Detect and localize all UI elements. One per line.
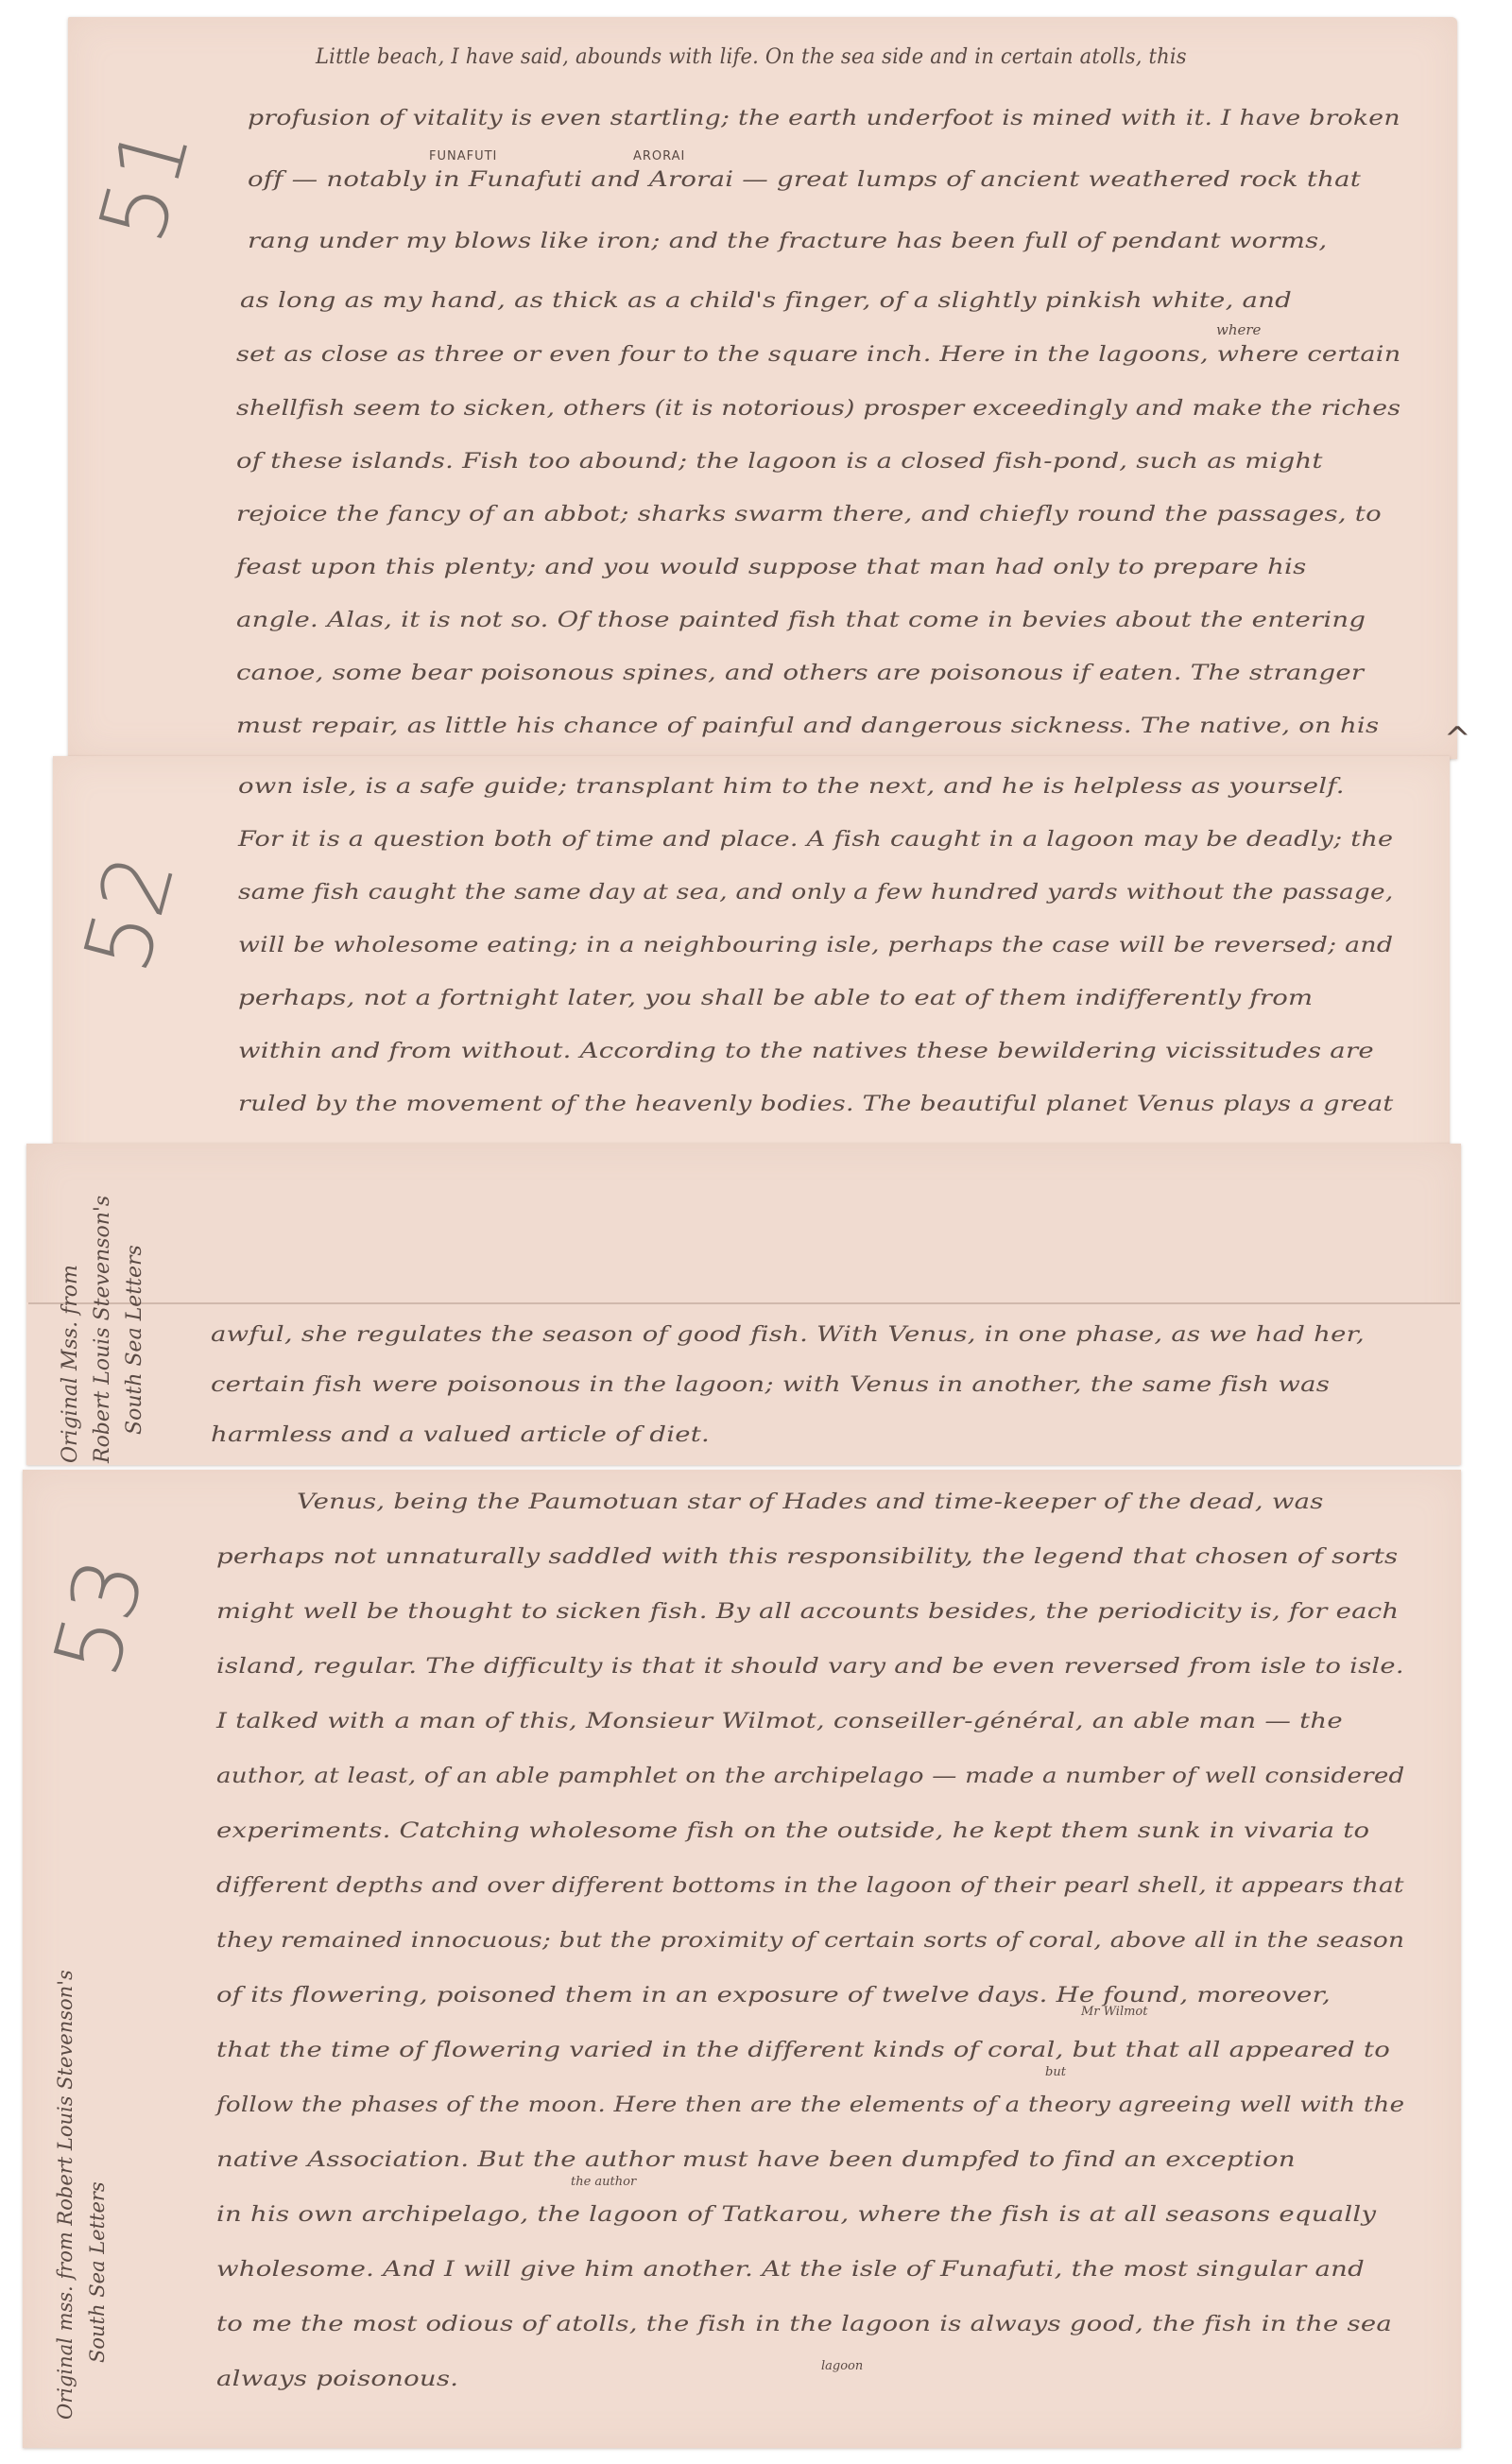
text-line: they remained innocuous; but the proximi… <box>216 1929 1404 1953</box>
text-line: wholesome. And I will give him another. … <box>216 2258 1365 2282</box>
text-line: set as close as three or even four to th… <box>236 343 1400 367</box>
text-line: different depths and over different bott… <box>216 1874 1404 1898</box>
text-line: that the time of flowering varied in the… <box>216 2039 1390 2062</box>
insert-the-author: the author <box>571 2175 636 2189</box>
text-line: canoe, some bear poisonous spines, and o… <box>236 662 1364 685</box>
text-line: rang under my blows like iron; and the f… <box>248 230 1328 253</box>
manuscript-sheet-51: 51 FUNAFUTI ARORAI where Little beach, I… <box>68 17 1457 759</box>
margin-note-original-mss: Original Mss. from Robert Louis Stevenso… <box>55 1196 151 1463</box>
manuscript-sheet-53: 53 Original mss. from Robert Louis Steve… <box>23 1470 1461 2448</box>
text-line: angle. Alas, it is not so. Of those pain… <box>236 609 1366 632</box>
text-line: to me the most odious of atolls, the fis… <box>216 2313 1392 2336</box>
text-line: harmless and a valued article of diet. <box>211 1423 710 1447</box>
sheet-overlay <box>53 756 1450 1300</box>
text-line: I talked with a man of this, Monsieur Wi… <box>216 1710 1343 1733</box>
text-line: of its flowering, poisoned them in an ex… <box>216 1984 1331 2007</box>
text-line: of these islands. Fish too abound; the l… <box>236 450 1323 474</box>
text-line: as long as my hand, as thick as a child'… <box>240 289 1292 313</box>
text-line: feast upon this plenty; and you would su… <box>236 556 1306 579</box>
insert-but: but <box>1045 2065 1066 2079</box>
text-line: native Association. But the author must … <box>216 2148 1296 2172</box>
margin-note-line: Original mss. from Robert Louis Stevenso… <box>49 1970 81 2420</box>
insert-funafuti: FUNAFUTI <box>429 149 497 164</box>
text-line: Little beach, I have said, abounds with … <box>316 45 1400 69</box>
text-line: rejoice the fancy of an abbot; sharks sw… <box>236 503 1382 526</box>
text-line: perhaps not unnaturally saddled with thi… <box>216 1545 1398 1569</box>
text-line: Venus, being the Paumotuan star of Hades… <box>297 1490 1324 1514</box>
text-line: island, regular. The difficulty is that … <box>216 1655 1404 1679</box>
text-line: author, at least, of an able pamphlet on… <box>216 1765 1405 1788</box>
page-number-53: 53 <box>33 1548 165 1687</box>
text-line: certain fish were poisonous in the lagoo… <box>211 1373 1330 1397</box>
margin-note-line: South Sea Letters <box>81 1970 113 2420</box>
margin-note-line: Robert Louis Stevenson's <box>87 1196 119 1463</box>
page-number-51: 51 <box>78 114 211 253</box>
text-line: always poisonous. <box>216 2368 458 2391</box>
text-line: experiments. Catching wholesome fish on … <box>216 1819 1369 1843</box>
text-line: must repair, as little his chance of pai… <box>236 715 1379 738</box>
paper-fold-line <box>28 1302 1460 1304</box>
insert-arorai: ARORAI <box>633 149 685 164</box>
insert-where: where <box>1216 321 1261 338</box>
insertion-caret-mark: ^ <box>1444 720 1471 758</box>
text-line: profusion of vitality is even startling;… <box>248 107 1400 130</box>
strip-continuation: awful, she regulates the season of good … <box>26 1302 1461 1465</box>
text-line: awful, she regulates the season of good … <box>211 1323 1365 1347</box>
insert-lagoon: lagoon <box>821 2359 863 2373</box>
text-line: shellfish seem to sicken, others (it is … <box>236 397 1400 421</box>
margin-note-line: Original Mss. from <box>55 1196 87 1463</box>
margin-note-line: South Sea Letters <box>119 1196 151 1463</box>
margin-note-original-mss: Original mss. from Robert Louis Stevenso… <box>49 1970 113 2420</box>
text-line: might well be thought to sicken fish. By… <box>216 1600 1399 1624</box>
text-line: off — notably in Funafuti and Arorai — g… <box>248 168 1361 192</box>
text-line: in his own archipelago, the lagoon of Ta… <box>216 2203 1376 2227</box>
text-line: follow the phases of the moon. Here then… <box>216 2094 1404 2117</box>
